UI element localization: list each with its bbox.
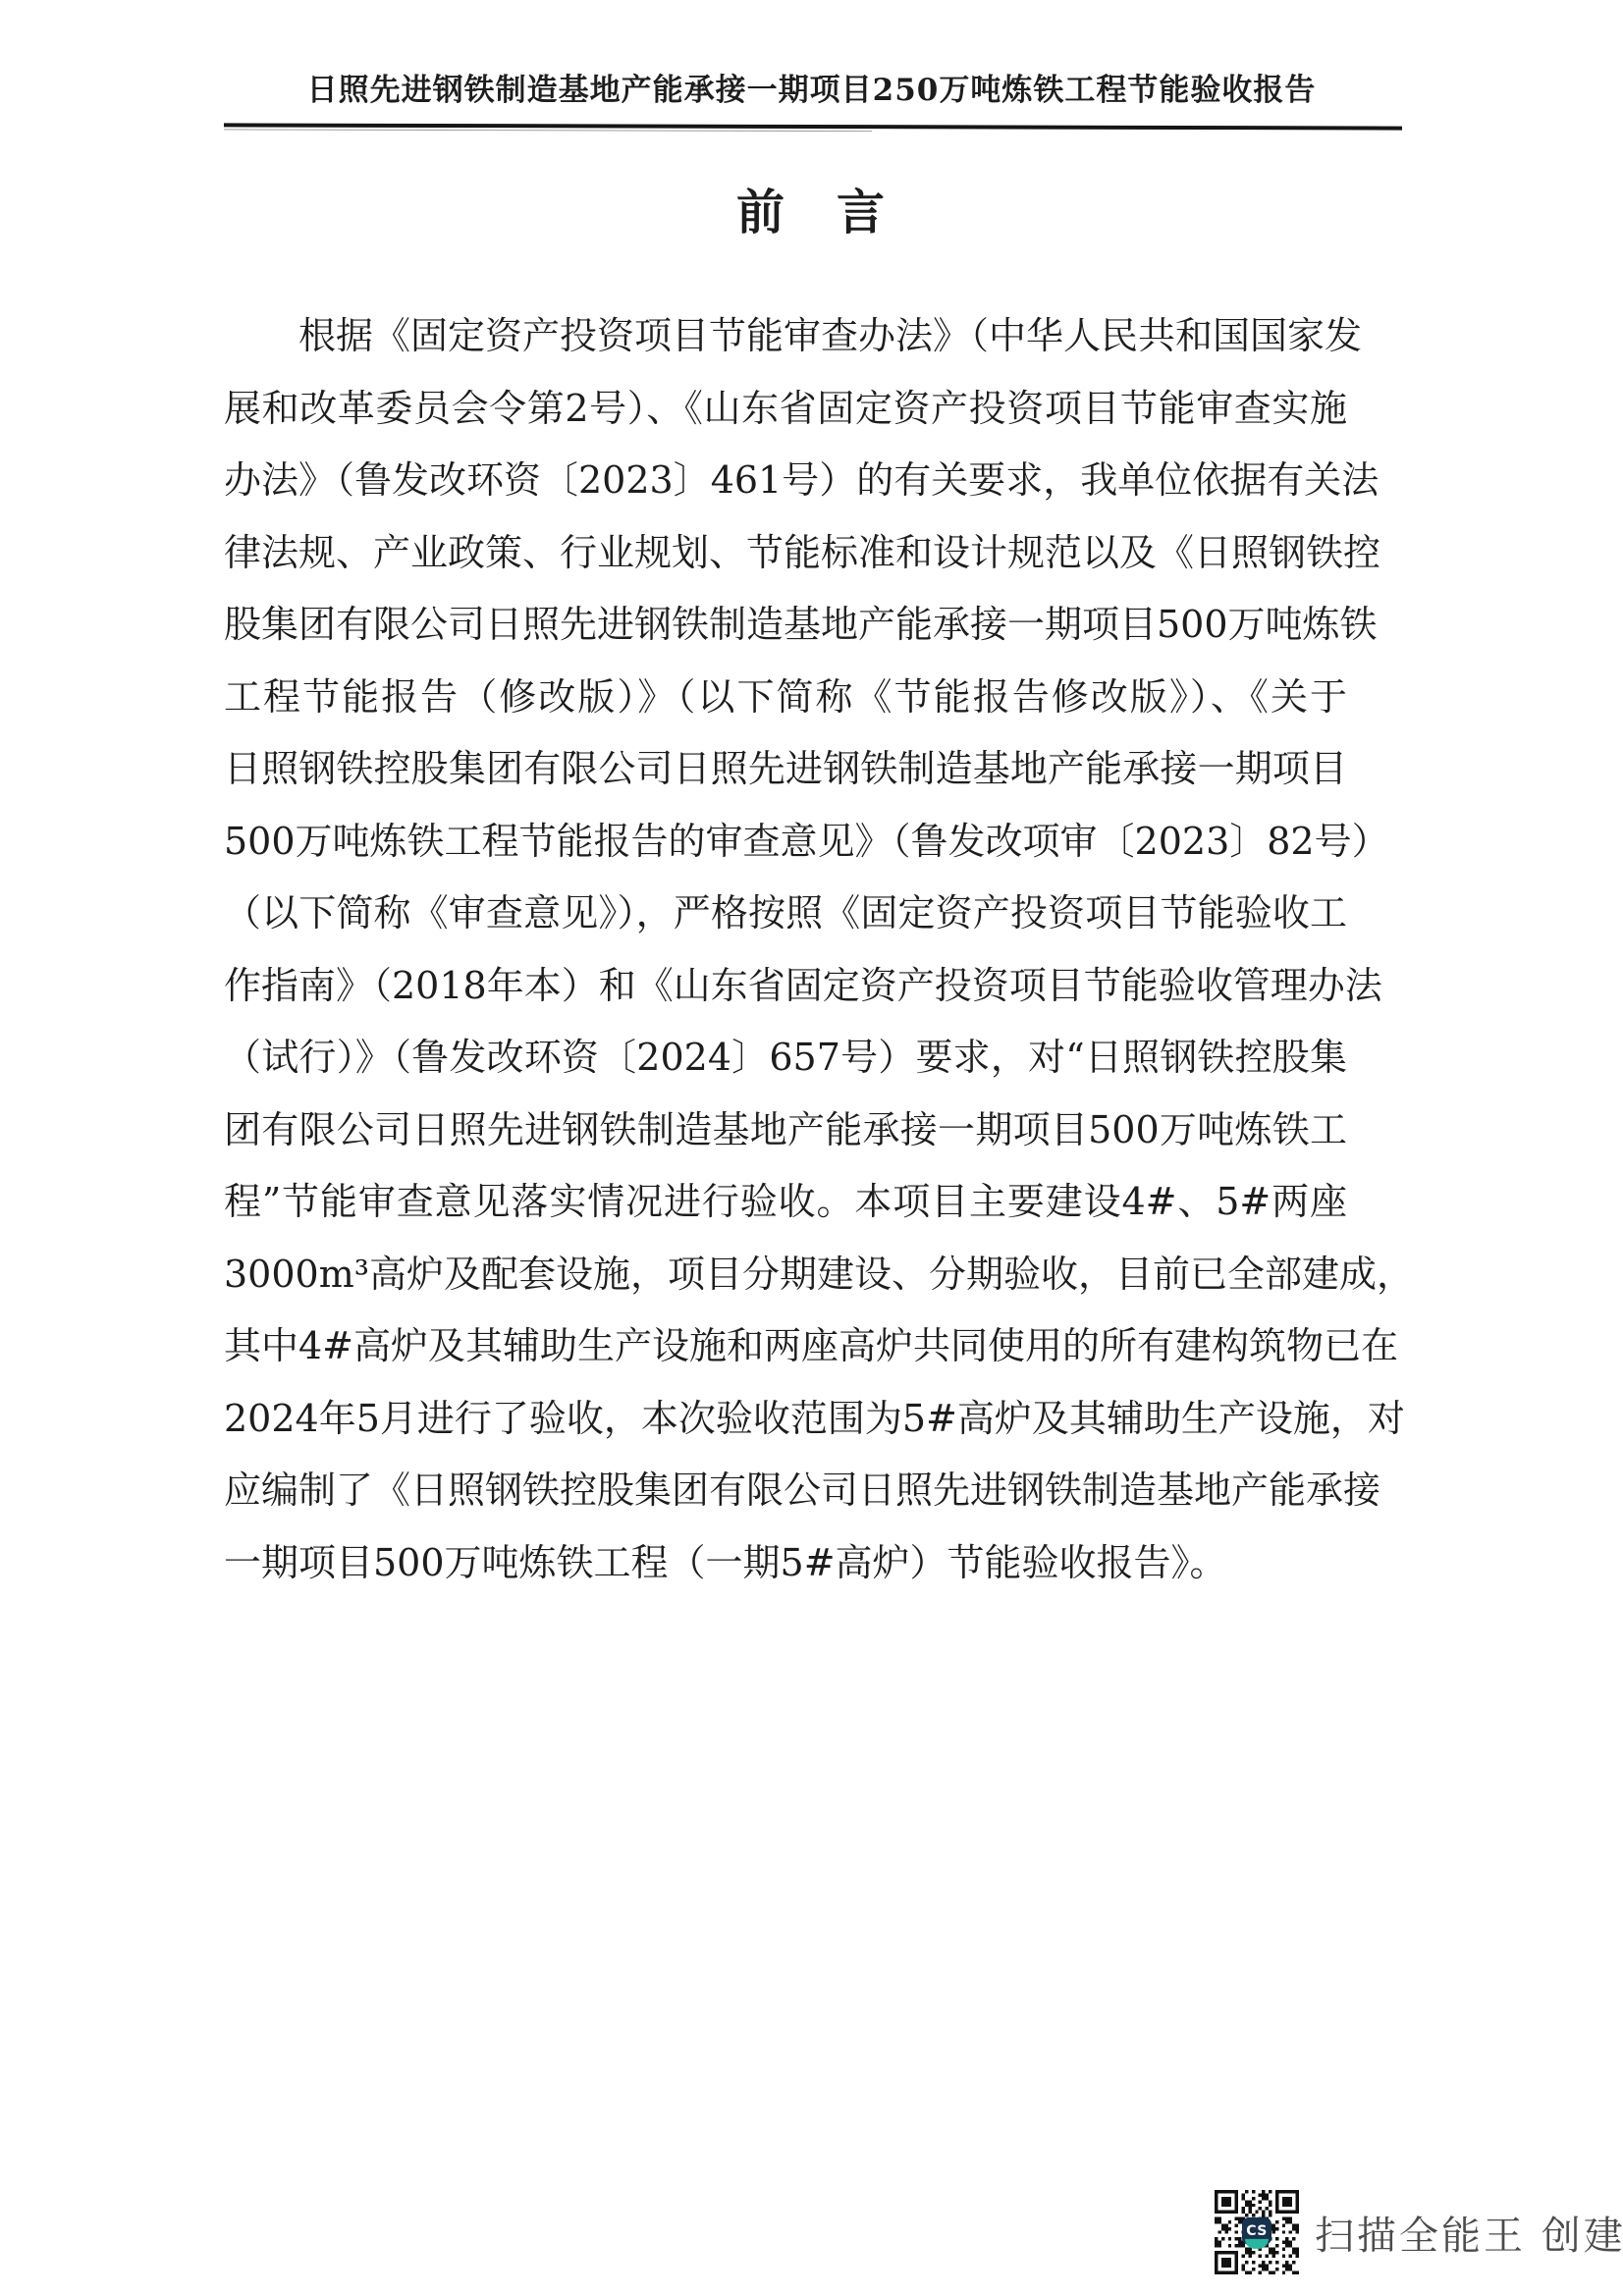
body-line: （试行）》（鲁发改环资〔2024〕657号）要求，对“日照钢铁控股集 <box>224 1022 1347 1095</box>
body-line: 办法》（鲁发改环资〔2023〕461号）的有关要求，我单位依据有关法 <box>224 445 1347 517</box>
camscanner-badge-icon: CS <box>1242 2217 1271 2245</box>
body-text: 根据《固定资产投资项目节能审查办法》（中华人民共和国国家发 展和改革委员会令第2… <box>224 300 1347 1599</box>
body-line: 2024年5月进行了验收，本次验收范围为5#高炉及其辅助生产设施，对 <box>224 1383 1347 1456</box>
header-rule <box>224 123 1402 130</box>
body-line: 工程节能报告（修改版）》（以下简称《节能报告修改版》）、《关于 <box>224 662 1347 734</box>
body-line: 一期项目500万吨炼铁工程（一期5#高炉）节能验收报告》。 <box>224 1527 1347 1600</box>
body-line: 作指南》（2018年本）和《山东省固定资产投资项目节能验收管理办法 <box>224 950 1347 1023</box>
body-line: 应编制了《日照钢铁控股集团有限公司日照先进钢铁制造基地产能承接 <box>224 1455 1347 1527</box>
scanner-watermark: CS 扫描全能王 创建 <box>1215 2190 1623 2274</box>
qr-code-icon: CS <box>1215 2190 1299 2274</box>
body-line: 3000m³高炉及配套设施，项目分期建设、分期验收，目前已全部建成， <box>224 1239 1347 1311</box>
body-line: 团有限公司日照先进钢铁制造基地产能承接一期项目500万吨炼铁工 <box>224 1095 1347 1167</box>
body-line: 根据《固定资产投资项目节能审查办法》（中华人民共和国国家发 <box>224 300 1347 373</box>
watermark-text: 扫描全能王 创建 <box>1315 2205 1623 2261</box>
running-header-title: 日照先进钢铁制造基地产能承接一期项目250万吨炼铁工程节能验收报告 <box>0 65 1623 109</box>
body-line: （以下简称《审查意见》），严格按照《固定资产投资项目节能验收工 <box>224 878 1347 950</box>
body-line: 其中4#高炉及其辅助生产设施和两座高炉共同使用的所有建构筑物已在 <box>224 1310 1347 1383</box>
body-line: 500万吨炼铁工程节能报告的审查意见》（鲁发改项审〔2023〕82号） <box>224 806 1347 879</box>
section-title: 前 言 <box>0 175 1623 243</box>
body-line: 展和改革委员会令第2号）、《山东省固定资产投资项目节能审查实施 <box>224 373 1347 446</box>
body-line: 股集团有限公司日照先进钢铁制造基地产能承接一期项目500万吨炼铁 <box>224 589 1347 662</box>
body-line: 程”节能审查意见落实情况进行验收。本项目主要建设4#、5#两座 <box>224 1166 1347 1239</box>
camscanner-badge-label: CS <box>1246 2223 1268 2239</box>
body-line: 日照钢铁控股集团有限公司日照先进钢铁制造基地产能承接一期项目 <box>224 733 1347 806</box>
document-page: 日照先进钢铁制造基地产能承接一期项目250万吨炼铁工程节能验收报告 前 言 根据… <box>0 0 1623 2296</box>
body-line: 律法规、产业政策、行业规划、节能标准和设计规范以及《日照钢铁控 <box>224 517 1347 590</box>
